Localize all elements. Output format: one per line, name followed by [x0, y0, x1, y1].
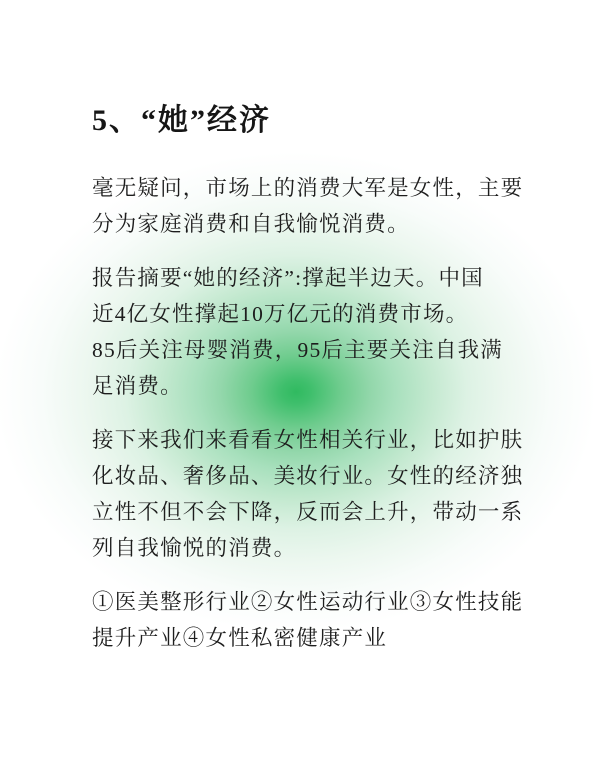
article-body: 5、“她”经济 毫无疑问，市场上的消费大军是女性，主要 分为家庭消费和自我愉悦消… — [92, 100, 552, 674]
paragraph-consumers: 毫无疑问，市场上的消费大军是女性，主要 分为家庭消费和自我愉悦消费。 — [92, 170, 552, 242]
paragraph-line: 立性不但不会下降，反而会上升，带动一系 — [92, 494, 552, 530]
page-title: 5、“她”经济 — [92, 100, 552, 142]
paragraph-line: ①医美整形行业②女性运动行业③女性技能 — [92, 584, 552, 620]
paragraph-report-summary: 报告摘要“她的经济”:撑起半边天。中国 近4亿女性撑起10万亿元的消费市场。 8… — [92, 260, 552, 404]
paragraph-line: 毫无疑问，市场上的消费大军是女性，主要 — [92, 170, 552, 206]
paragraph-line: 提升产业④女性私密健康产业 — [92, 620, 552, 656]
paragraph-line: 接下来我们来看看女性相关行业，比如护肤 — [92, 422, 552, 458]
paragraph-line: 分为家庭消费和自我愉悦消费。 — [92, 206, 552, 242]
paragraph-line: 报告摘要“她的经济”:撑起半边天。中国 — [92, 260, 552, 296]
paragraph-related-industries: 接下来我们来看看女性相关行业，比如护肤 化妆品、奢侈品、美妆行业。女性的经济独 … — [92, 422, 552, 566]
paragraph-line: 近4亿女性撑起10万亿元的消费市场。 — [92, 296, 552, 332]
paragraph-line: 列自我愉悦的消费。 — [92, 530, 552, 566]
paragraph-line: 化妆品、奢侈品、美妆行业。女性的经济独 — [92, 458, 552, 494]
paragraph-line: 85后关注母婴消费，95后主要关注自我满 — [92, 332, 552, 368]
paragraph-line: 足消费。 — [92, 368, 552, 404]
paragraph-industry-list: ①医美整形行业②女性运动行业③女性技能 提升产业④女性私密健康产业 — [92, 584, 552, 656]
